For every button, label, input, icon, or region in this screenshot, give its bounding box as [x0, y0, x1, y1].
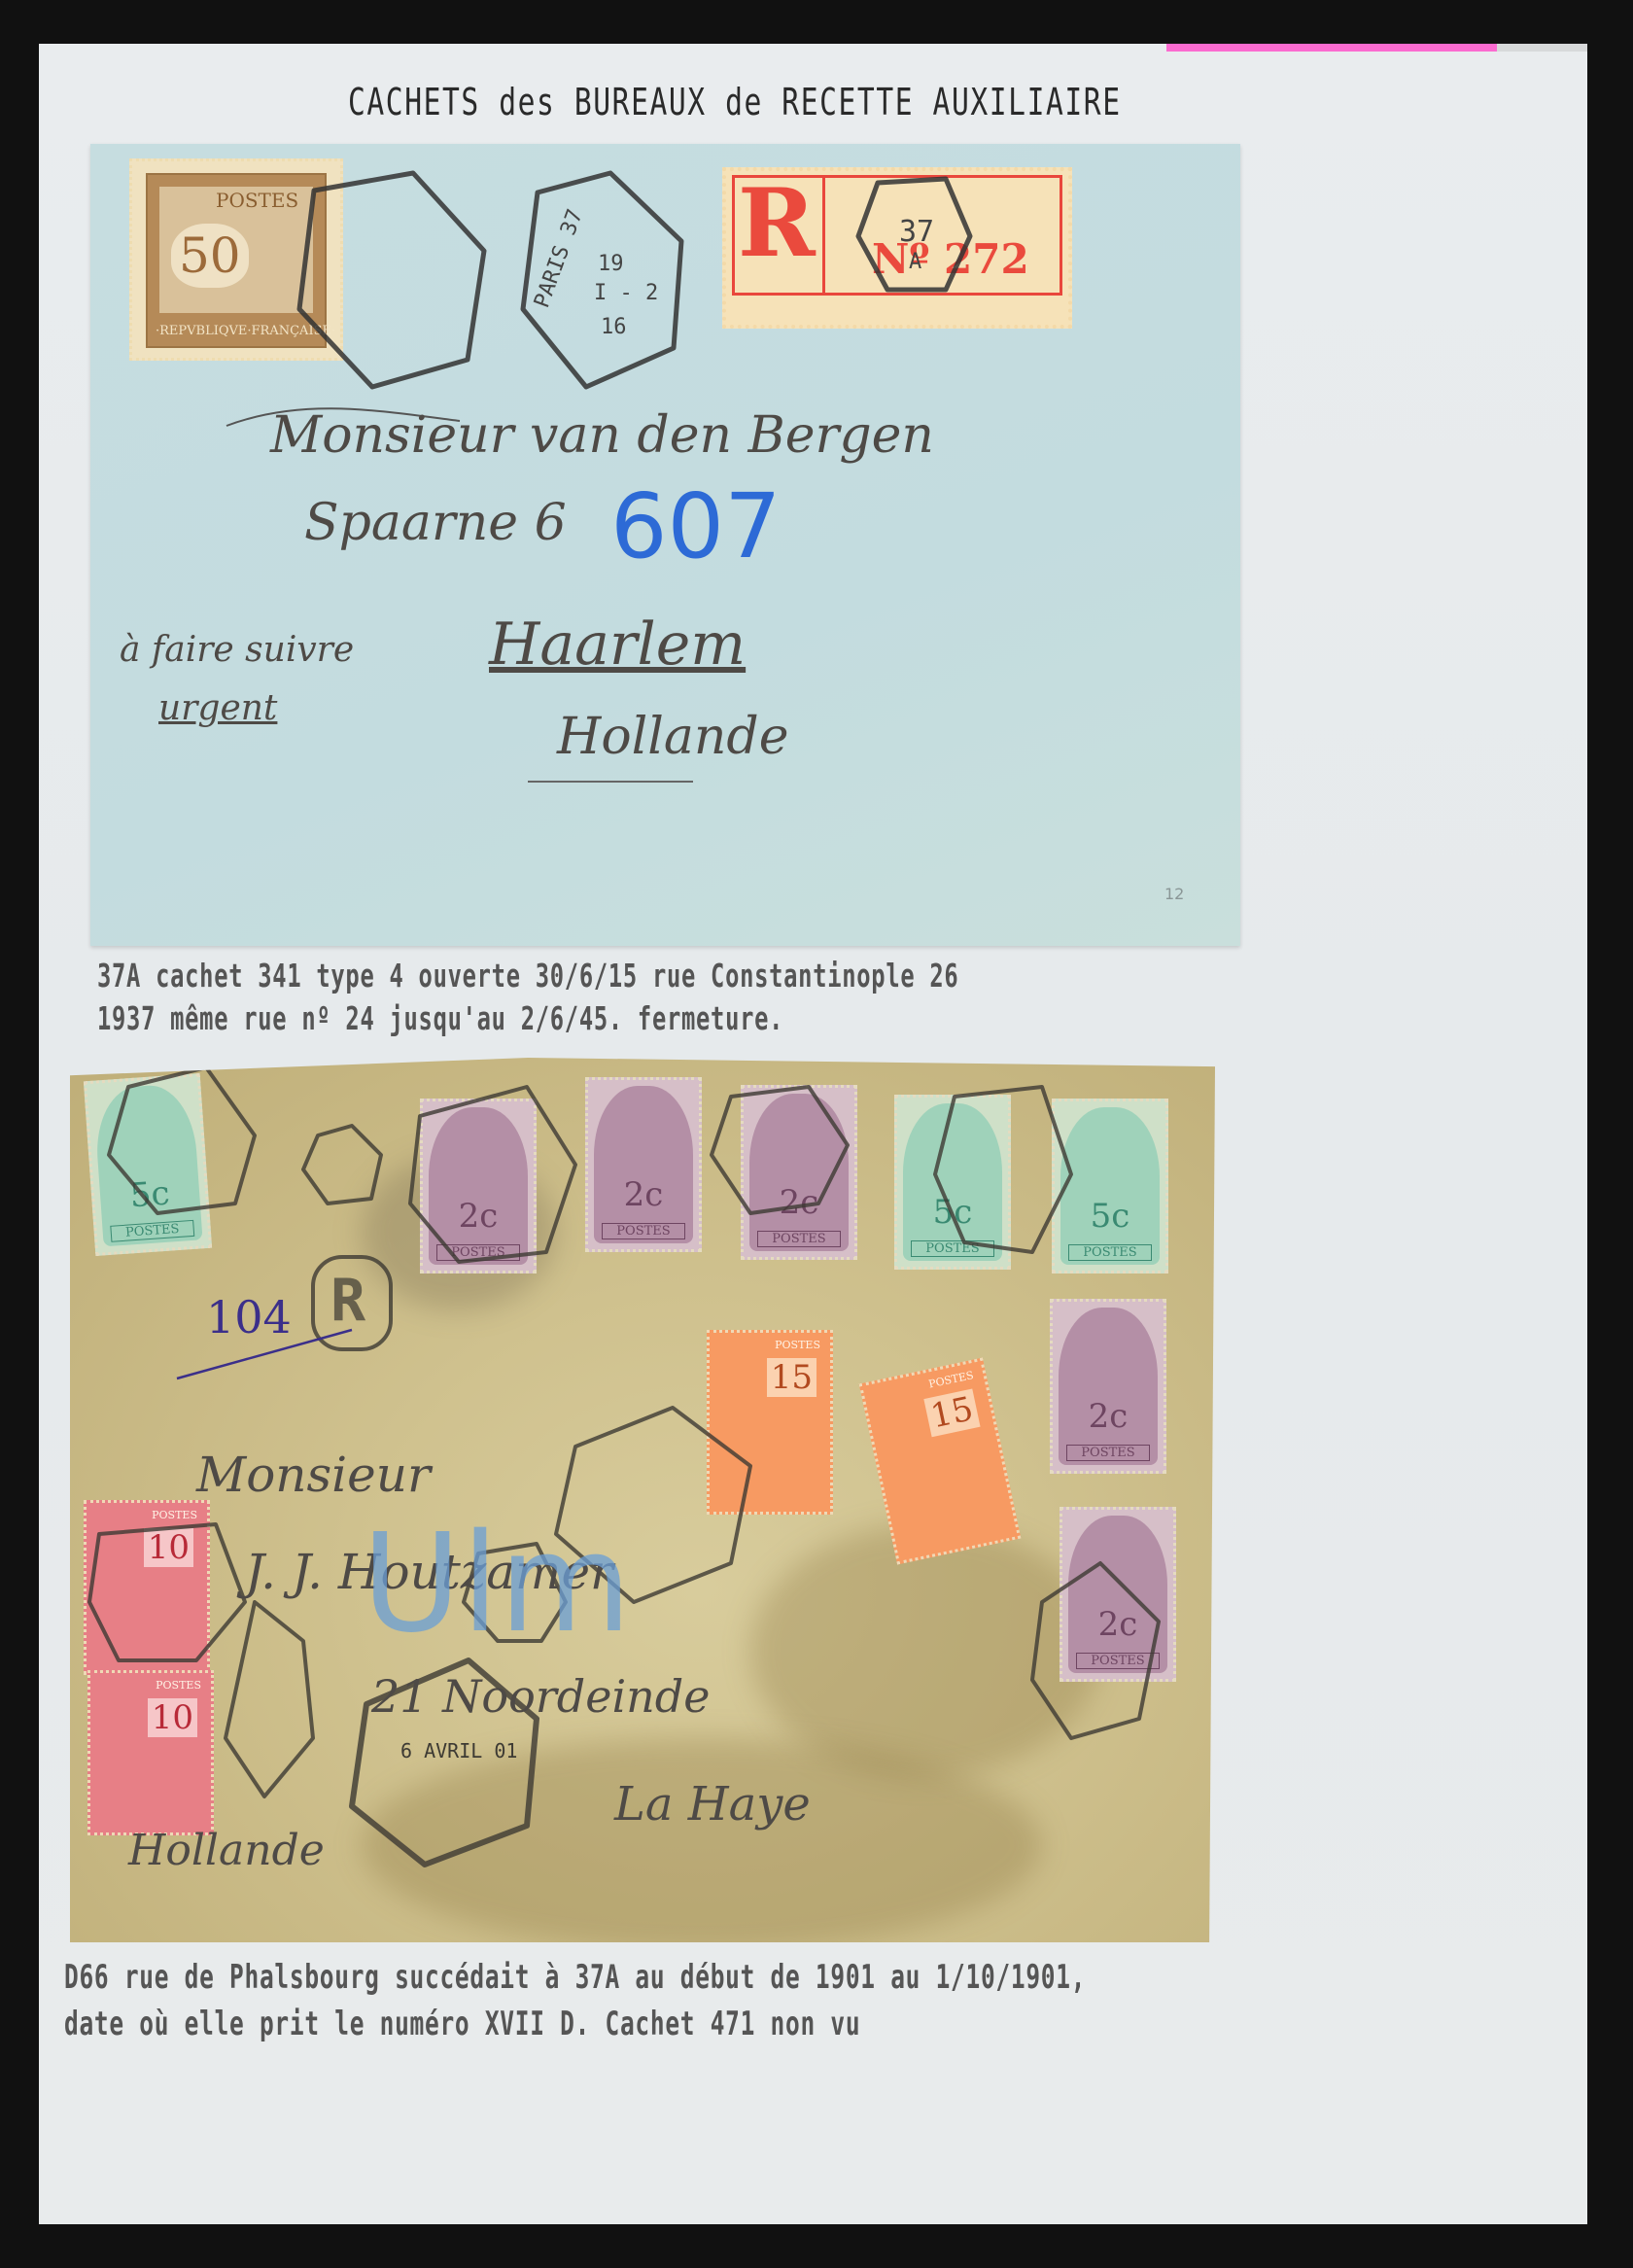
address-city: Haarlem: [489, 611, 746, 679]
svg-text:19: 19: [598, 252, 624, 276]
note-forward: à faire suivre: [120, 630, 354, 670]
stamp-blanc-5c-green: 5cPOSTES: [894, 1095, 1011, 1270]
stamp-value: 10: [144, 1528, 193, 1567]
stamp-label: POSTES: [1076, 1653, 1160, 1669]
stamp-blanc-2c-violet: 2cPOSTES: [585, 1077, 702, 1252]
registered-cover-1901: 5cPOSTES 2cPOSTES 2cPOSTES 2cPOSTES 5cPO…: [70, 1058, 1215, 1942]
blue-pencil-mark: Ulm: [362, 1505, 632, 1663]
stamp-country: ·REPVBLIQVE·FRANÇAISE·: [156, 324, 335, 338]
stamp-blanc-2c-violet: 2cPOSTES: [1060, 1507, 1176, 1682]
stamp-inscription: POSTES: [216, 189, 298, 212]
svg-text:I - 2: I - 2: [594, 281, 658, 305]
svg-text:R: R: [330, 1267, 366, 1335]
stamp-blanc-2c-violet: 2cPOSTES: [420, 1099, 537, 1274]
stamp-value: 2c: [423, 1197, 534, 1236]
stamp-mouchon-10c-red: POSTES10: [84, 1500, 210, 1675]
page-title: CACHETS des BUREAUX de RECETTE AUXILIAIR…: [348, 81, 1122, 123]
registration-label: R Nº 272: [722, 167, 1072, 329]
address-line-1: Monsieur van den Bergen: [270, 406, 934, 465]
svg-text:16: 16: [601, 315, 627, 339]
pencil-note: 12: [1164, 885, 1184, 903]
stamp-value: 10: [148, 1698, 197, 1737]
stamp-value: 2c: [588, 1175, 699, 1214]
stamp-value: 2c: [744, 1183, 854, 1222]
stamp-value: 15: [923, 1388, 980, 1437]
registration-number: Nº 272: [872, 235, 1029, 283]
address-line-3: 21 Noordeinde: [371, 1670, 710, 1723]
stamp-blanc-5c-green: 5cPOSTES: [84, 1073, 212, 1256]
stamp-label: POSTES: [1066, 1445, 1150, 1461]
stamp-mouchon-10c-red: POSTES10: [87, 1670, 214, 1835]
stamp-value: 5c: [1055, 1197, 1165, 1236]
stamp-blanc-5c-green: 5cPOSTES: [1052, 1099, 1168, 1274]
address-country: Hollande: [128, 1826, 325, 1875]
registration-letter: R: [738, 177, 816, 270]
stamp-value: 15: [767, 1358, 816, 1397]
stamp-value: 2c: [1062, 1605, 1173, 1644]
blue-pencil-number: 607: [610, 474, 782, 578]
caption-line: D66 rue de Phalsbourg succédait à 37A au…: [64, 1954, 1086, 2001]
stamp-merson-50c: POSTES 50 ·REPVBLIQVE·FRANÇAISE·: [129, 158, 343, 361]
caption-line: 1937 même rue nº 24 jusqu'au 2/6/45. fer…: [97, 997, 958, 1040]
stamp-label: POSTES: [602, 1223, 685, 1239]
underline: [528, 781, 693, 783]
stamp-value: 50: [171, 224, 249, 288]
address-line-1: Monsieur: [196, 1447, 431, 1503]
stamp-label: POSTES: [436, 1244, 520, 1261]
stamp-value: 2c: [1053, 1397, 1164, 1436]
stamp-label: POSTES: [927, 1369, 975, 1390]
caption-cover-1: 37A cachet 341 type 4 ouverte 30/6/15 ru…: [97, 955, 958, 1040]
svg-text:PARIS 37: PARIS 37: [530, 206, 588, 311]
stamp-value: 5c: [897, 1193, 1008, 1232]
caption-line: 37A cachet 341 type 4 ouverte 30/6/15 ru…: [97, 955, 958, 997]
pink-marker-strip: [1166, 44, 1497, 52]
registered-cover-1916: POSTES 50 ·REPVBLIQVE·FRANÇAISE· R Nº 27…: [90, 144, 1240, 946]
stamp-label: POSTES: [152, 1509, 197, 1521]
ink-number: 104: [206, 1291, 292, 1343]
stamp-label: POSTES: [911, 1240, 994, 1257]
stamp-label: POSTES: [1068, 1244, 1152, 1261]
address-country: Hollande: [557, 708, 788, 766]
stamp-label: POSTES: [775, 1339, 820, 1351]
stamp-label: POSTES: [757, 1231, 841, 1247]
caption-line: date où elle prit le numéro XVII D. Cach…: [64, 2001, 1086, 2047]
stamp-blanc-2c-violet: 2cPOSTES: [1050, 1299, 1166, 1474]
stamp-label: POSTES: [156, 1679, 201, 1692]
note-urgent: urgent: [158, 688, 277, 728]
stamp-mouchon-15c-orange: POSTES15: [707, 1330, 833, 1515]
address-line-2: Spaarne 6: [304, 494, 567, 552]
stamp-value: 5c: [93, 1171, 207, 1218]
stamp-blanc-2c-violet: 2cPOSTES: [741, 1085, 857, 1260]
page-edge-strip: [1497, 44, 1587, 52]
caption-cover-2: D66 rue de Phalsbourg succédait à 37A au…: [64, 1954, 1086, 2047]
address-city: La Haye: [614, 1777, 811, 1832]
